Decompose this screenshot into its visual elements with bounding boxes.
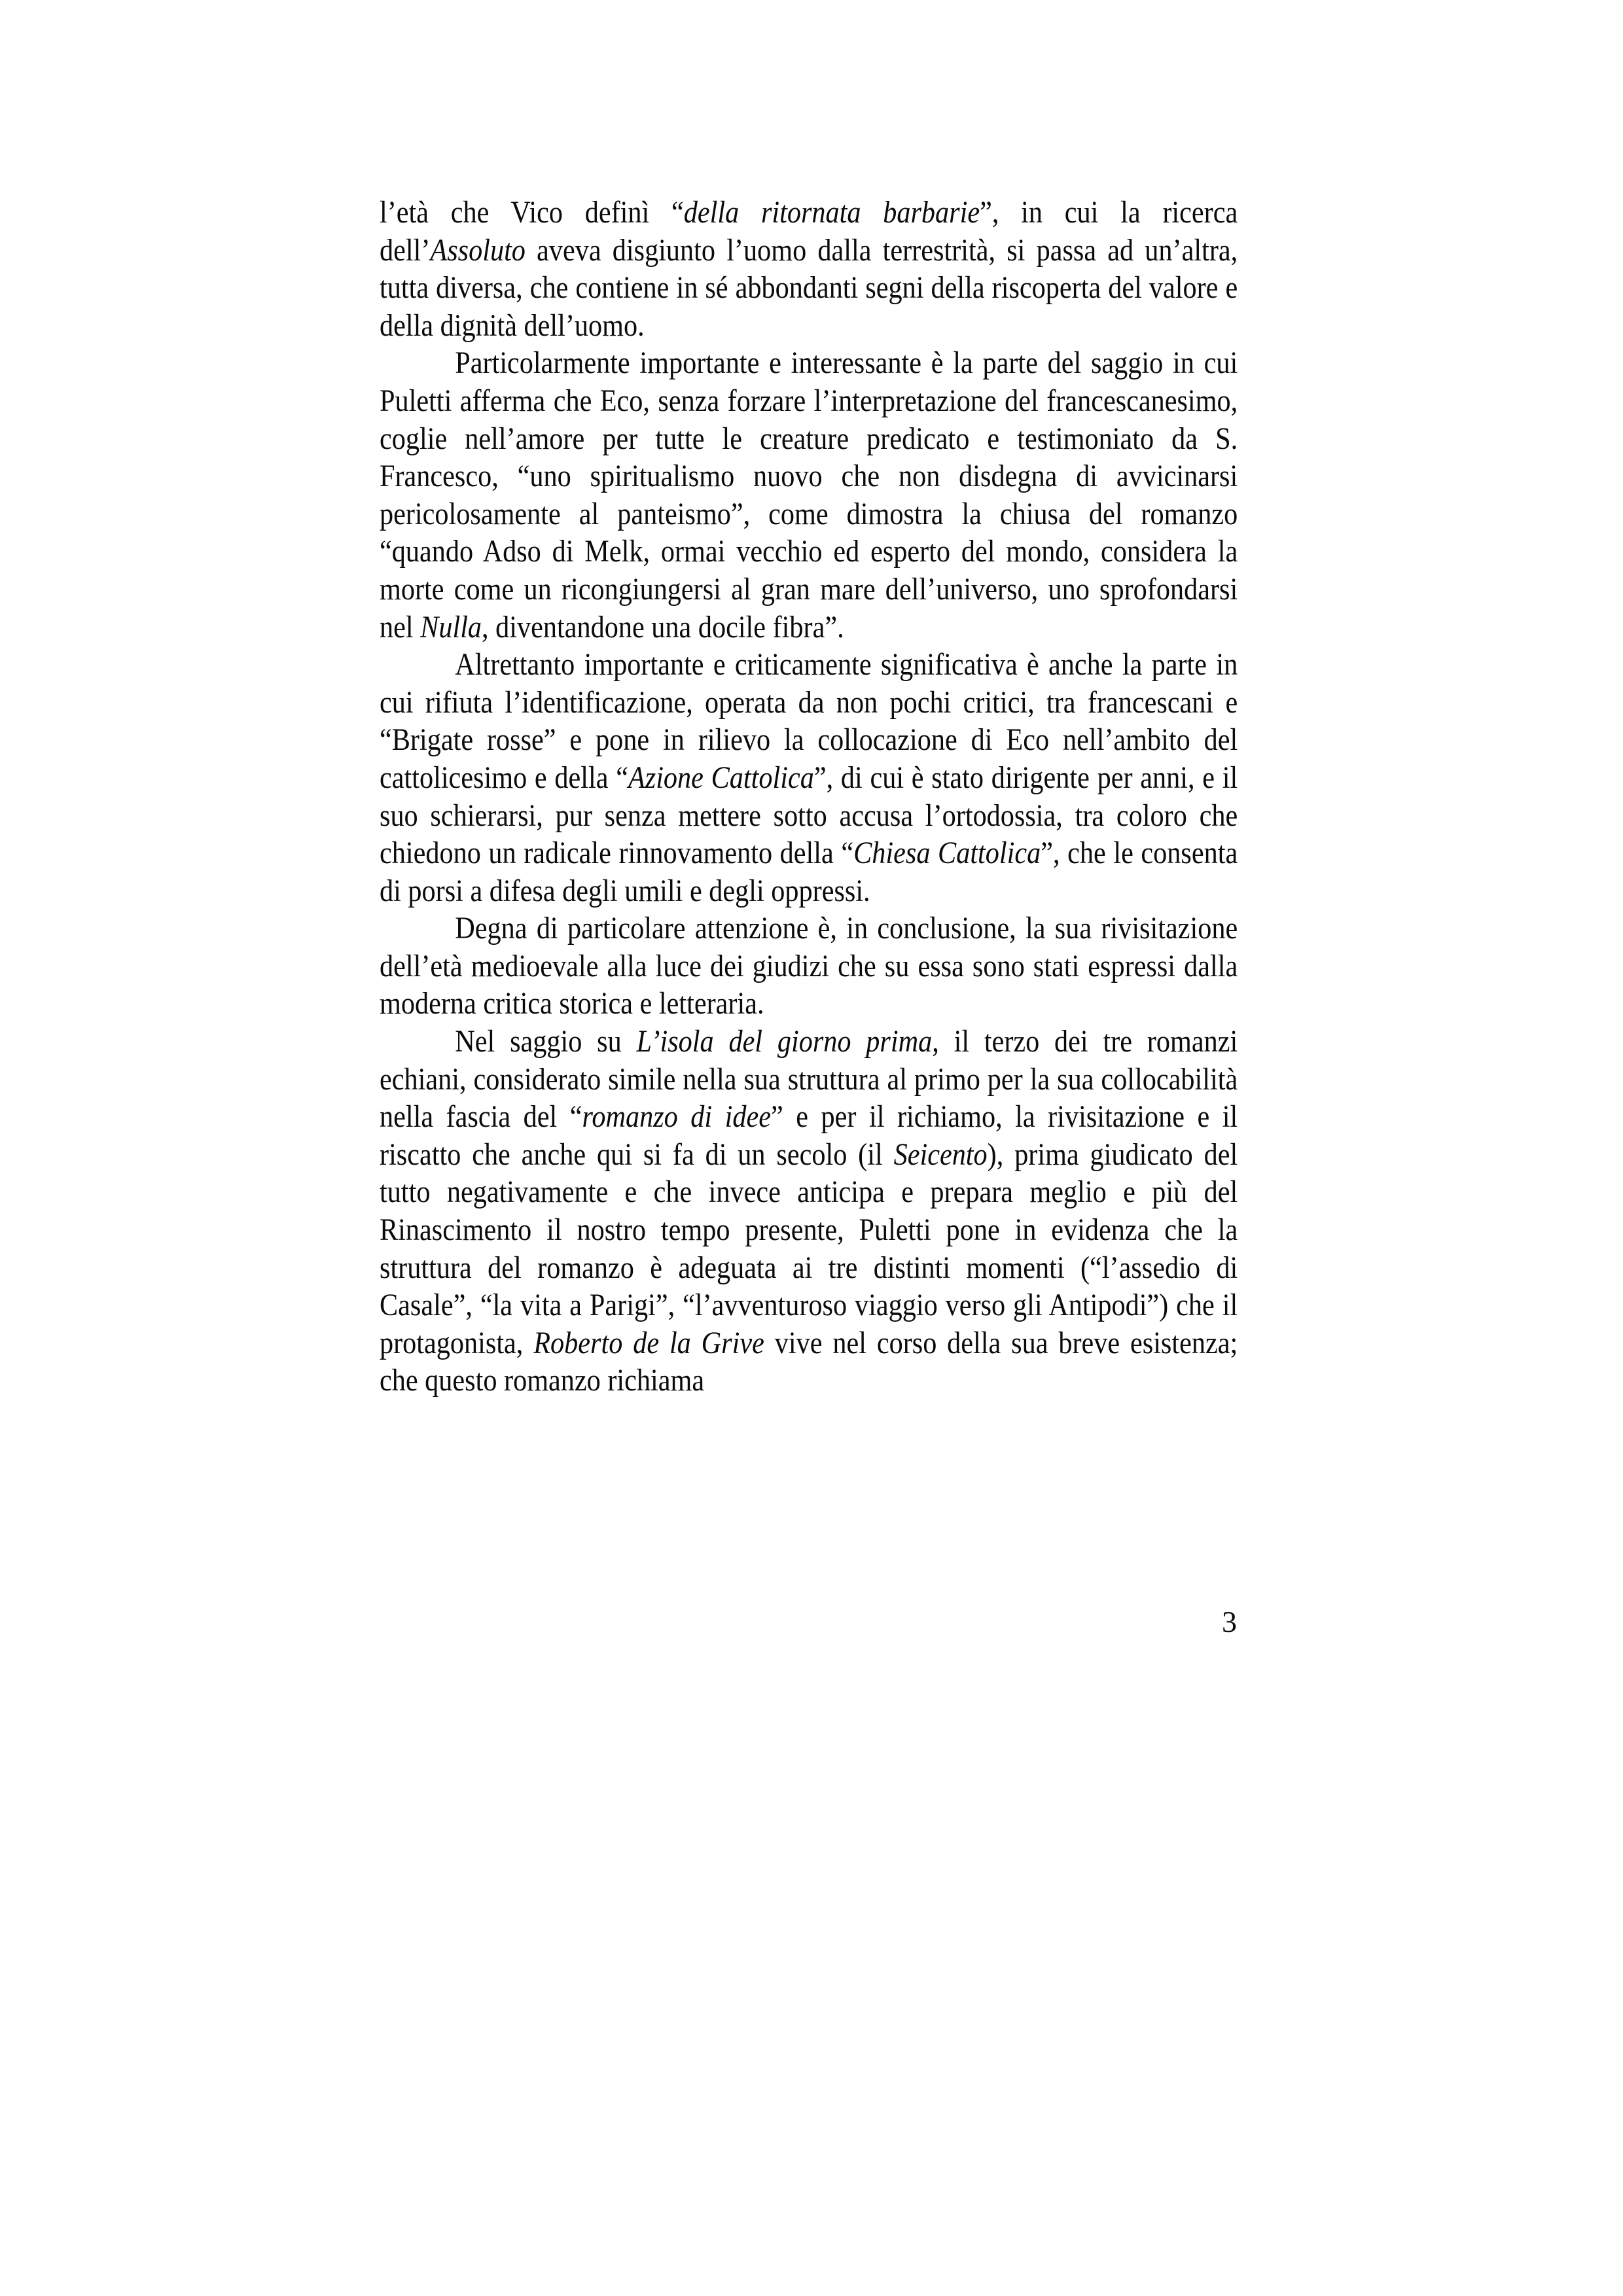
- italic-run: Azione Cattolica: [628, 760, 814, 795]
- paragraph: Altrettanto importante e criticamente si…: [380, 646, 1238, 910]
- italic-run: Chiesa Cattolica: [853, 836, 1041, 870]
- text-run: , diventandone una docile fibra”.: [482, 610, 844, 645]
- page-number: 3: [380, 1603, 1237, 1641]
- paragraph: Particolarmente importante e interessant…: [380, 344, 1238, 646]
- italic-run: Nulla: [420, 610, 482, 645]
- paragraph: Degna di particolare attenzione è, in co…: [380, 910, 1238, 1023]
- italic-run: Roberto de la Grive: [533, 1326, 764, 1360]
- text-run: l’età che Vico definì “: [380, 195, 684, 230]
- text-run: Particolarmente importante e interessant…: [380, 345, 1238, 644]
- italic-run: romanzo di idee: [582, 1099, 771, 1134]
- text-run: Nel saggio su: [455, 1024, 636, 1059]
- text-run: Degna di particolare attenzione è, in co…: [380, 911, 1238, 1021]
- document-page: l’età che Vico definì “della ritornata b…: [0, 0, 1623, 2296]
- paragraph: Nel saggio su L’isola del giorno prima, …: [380, 1023, 1238, 1400]
- paragraph: l’età che Vico definì “della ritornata b…: [380, 194, 1238, 344]
- page-text: l’età che Vico definì “della ritornata b…: [380, 194, 1238, 1400]
- italic-run: Seicento: [894, 1137, 988, 1172]
- italic-run: Assoluto: [430, 233, 526, 268]
- italic-run: della ritornata barbarie: [684, 195, 980, 230]
- italic-run: L’isola del giorno prima: [637, 1024, 933, 1059]
